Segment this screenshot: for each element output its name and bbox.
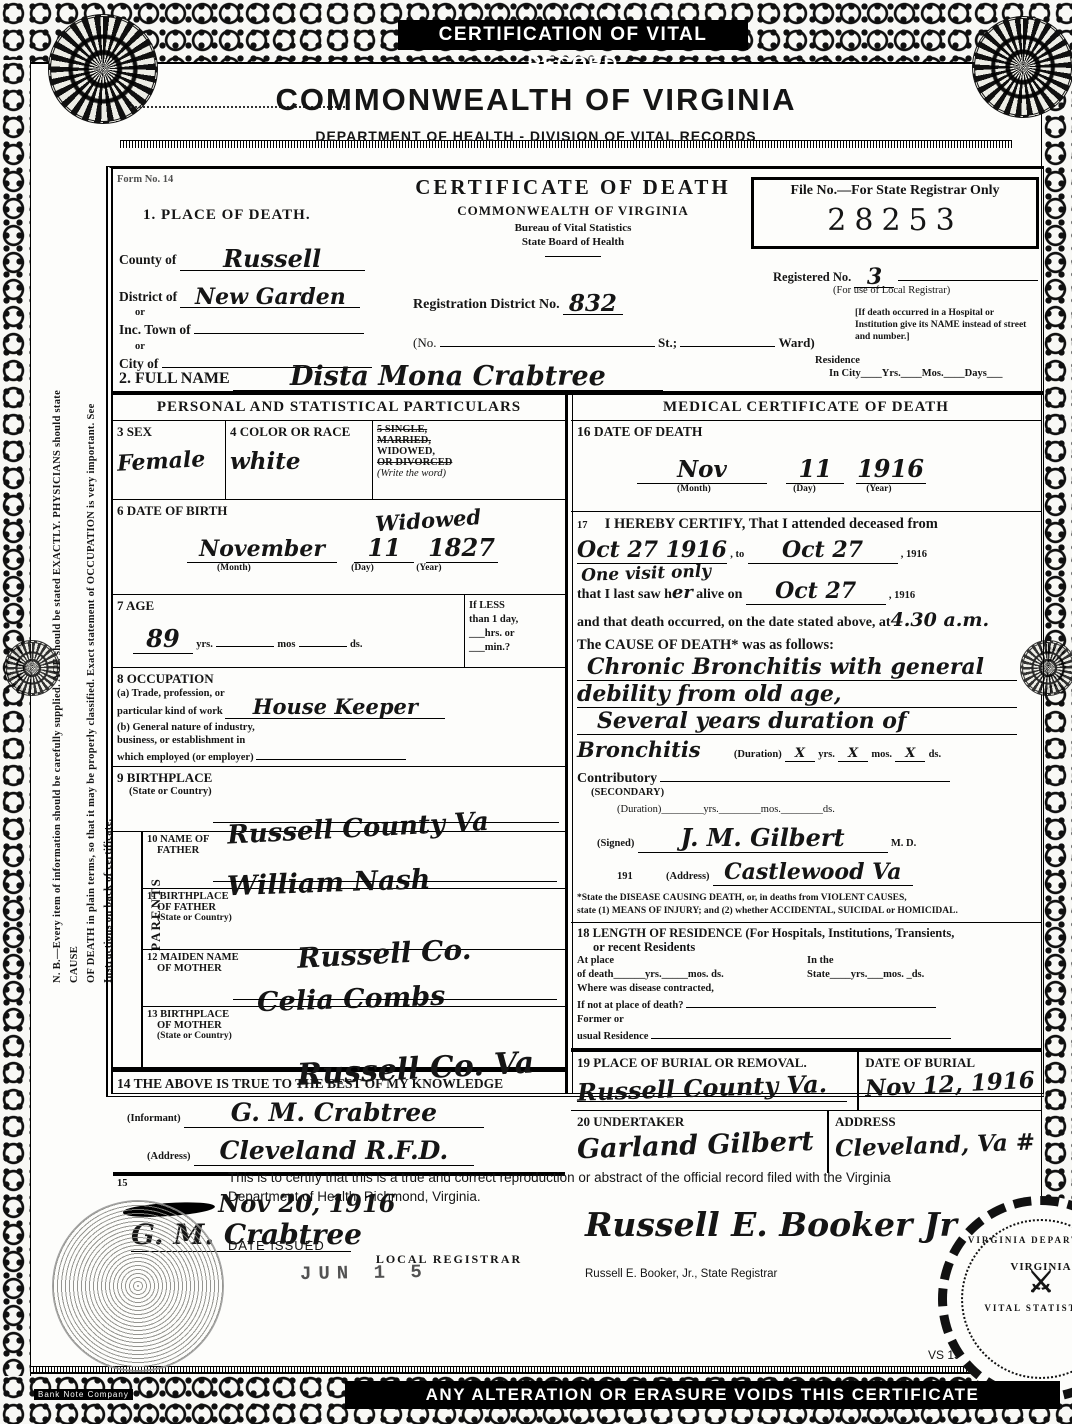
dod-day-sub: (Day) bbox=[793, 484, 816, 494]
mother-name-label1: 12 MAIDEN NAME bbox=[147, 952, 561, 963]
where-contracted-label1: Where was disease contracted, bbox=[577, 982, 1035, 996]
mother-bp-sub: (State or Country) bbox=[157, 1031, 561, 1041]
father-name-label1: 10 NAME OF bbox=[147, 834, 561, 845]
residence-label: Residence bbox=[815, 355, 860, 366]
duration-mos-value: X bbox=[848, 746, 858, 761]
age-label: 7 AGE bbox=[117, 598, 460, 614]
where-contracted-label2: If not at place of death? bbox=[577, 1000, 683, 1011]
registered-no-blank bbox=[898, 267, 1038, 281]
dob-label: 6 DATE OF BIRTH bbox=[117, 503, 561, 519]
personal-section-heading: PERSONAL AND STATISTICAL PARTICULARS bbox=[113, 395, 565, 421]
mother-bp-label2: OF MOTHER bbox=[157, 1020, 561, 1031]
year-sub: (Year) bbox=[416, 563, 441, 573]
father-name-label2: FATHER bbox=[157, 845, 561, 856]
residence-heading1: 18 LENGTH OF RESIDENCE (For Hospitals, I… bbox=[577, 926, 1035, 940]
no-label: (No. bbox=[413, 335, 436, 350]
last-saw-year: , 1916 bbox=[889, 590, 915, 601]
occupation-a-label2: particular kind of work bbox=[117, 706, 223, 717]
certificate-title: CERTIFICATE OF DEATH bbox=[403, 175, 743, 200]
certification-banner: CERTIFICATION OF VITAL RECORD bbox=[398, 20, 748, 50]
in-state-label1: In the bbox=[807, 954, 924, 968]
occupation-a-value: House Keeper bbox=[253, 694, 418, 719]
certify-number: 17 bbox=[577, 520, 588, 531]
physician-signature: J. M. Gilbert bbox=[681, 823, 845, 852]
residence-sub: In City____Yrs.____Mos.____Days___ bbox=[829, 368, 1003, 379]
age-ds-label: ds. bbox=[350, 639, 363, 650]
dod-month-sub: (Month) bbox=[677, 484, 711, 494]
to-label: , to bbox=[730, 549, 744, 560]
physician-address-label: (Address) bbox=[666, 871, 710, 882]
father-bp-sub: (State or Country) bbox=[157, 913, 561, 923]
undertaker-value: Garland Gilbert bbox=[577, 1126, 822, 1165]
informant-value: G. M. Crabtree bbox=[231, 1098, 437, 1127]
dod-day: 11 bbox=[799, 454, 832, 483]
file-number-value: 28253 bbox=[754, 203, 1036, 238]
burial-place-label: 19 PLACE OF BURIAL OR REMOVAL. bbox=[577, 1055, 851, 1071]
registration-district-value: 832 bbox=[569, 290, 617, 317]
certificate-form: Form No. 14 1. PLACE OF DEATH. County of… bbox=[106, 166, 1044, 1097]
marital-option-married: MARRIED, bbox=[377, 435, 561, 446]
sex-value: Female bbox=[116, 445, 221, 476]
father-name-line bbox=[213, 881, 557, 882]
bureau-label: Bureau of Vital Statistics bbox=[403, 222, 743, 234]
registered-no-label: Registered No. bbox=[773, 270, 851, 284]
county-value: Russell bbox=[223, 244, 321, 273]
ornate-border-right bbox=[1041, 60, 1072, 1376]
inc-town-label: Inc. Town of bbox=[119, 322, 191, 337]
attended-from-date: Oct 27 1916 bbox=[577, 537, 727, 563]
residence-heading2: or recent Residents bbox=[593, 940, 1035, 954]
true-statement-label: 14 THE ABOVE IS TRUE TO THE BEST OF MY K… bbox=[117, 1076, 561, 1092]
dob-month: November bbox=[199, 536, 325, 562]
ornate-border-left bbox=[0, 60, 31, 1376]
form-number: Form No. 14 bbox=[117, 174, 173, 185]
duration-yrs-label: yrs. bbox=[818, 749, 835, 760]
cause-footnote2: state (1) MEANS OF INJURY; and (2) wheth… bbox=[577, 905, 1035, 918]
signed-label: (Signed) bbox=[597, 838, 634, 849]
cause-footnote1: *State the DISEASE CAUSING DEATH, or, in… bbox=[577, 892, 1035, 905]
marital-option-widowed: WIDOWED, bbox=[377, 446, 561, 457]
last-saw-text1: that I last saw h bbox=[577, 587, 672, 602]
death-time: 4.30 a.m. bbox=[891, 609, 990, 631]
signed-year-prefix: 191 bbox=[617, 871, 633, 882]
marital-sub: (Write the word) bbox=[377, 468, 561, 479]
or-label: or bbox=[135, 341, 145, 352]
certify-text: I HEREBY CERTIFY, That I attended deceas… bbox=[605, 516, 938, 532]
former-residence-blank bbox=[651, 1027, 951, 1039]
where-contracted-blank bbox=[686, 996, 936, 1008]
occupation-b-label3: which employed (or employer) bbox=[117, 752, 254, 763]
full-name-value: Dista Mona Crabtree bbox=[290, 361, 606, 392]
in-state-label2: State____yrs.___mos. _ds. bbox=[807, 968, 924, 982]
district-label: District of bbox=[119, 289, 177, 304]
age-yrs-label: yrs. bbox=[196, 639, 213, 650]
occupation-a-label1: (a) Trade, profession, or bbox=[117, 688, 225, 699]
at-place-label1: At place bbox=[577, 954, 807, 968]
last-saw-text2: alive on bbox=[696, 587, 742, 602]
race-value: white bbox=[230, 448, 368, 475]
last-saw-date: Oct 27 bbox=[775, 578, 856, 604]
marital-option-divorced: OR DIVORCED bbox=[377, 457, 561, 468]
occupation-b-label1: (b) General nature of industry, bbox=[117, 722, 255, 733]
age-mos-label: mos bbox=[277, 639, 295, 650]
seal-figure-icon: ⚔ bbox=[963, 1273, 1072, 1293]
father-bp-label2: OF FATHER bbox=[157, 902, 561, 913]
undertaker-address-label: ADDRESS bbox=[835, 1114, 1035, 1130]
dod-year-sub: (Year) bbox=[866, 484, 891, 494]
ward-label: Ward) bbox=[779, 335, 815, 350]
cause-line2: debility from old age, bbox=[577, 681, 841, 707]
guilloche-line-bottom bbox=[30, 1366, 1042, 1374]
commonwealth-label: COMMONWEALTH OF VIRGINIA bbox=[403, 203, 743, 219]
seal-bottom-text: VITAL STATISTICS bbox=[963, 1303, 1072, 1313]
contributory-blank bbox=[660, 768, 950, 782]
age-ds-blank bbox=[299, 634, 347, 647]
death-certificate-page: CERTIFICATION OF VITAL RECORD COMMONWEAL… bbox=[0, 0, 1072, 1424]
age-value: 89 bbox=[146, 624, 179, 653]
seal-top-text: VIRGINIA DEPARTMENT bbox=[963, 1235, 1072, 1245]
street-no-blank bbox=[440, 333, 655, 347]
informant-address-label: (Address) bbox=[147, 1151, 191, 1162]
file-number-box: File No.—For State Registrar Only 28253 bbox=[751, 177, 1039, 249]
bank-note-company-mark: Bank Note Company bbox=[34, 1389, 133, 1400]
st-label: St.; bbox=[658, 335, 677, 350]
local-registrar-use-note: (For use of Local Registrar) bbox=[833, 285, 950, 296]
state-registrar-signature: Russell E. Booker Jr bbox=[585, 1205, 957, 1244]
informant-label: (Informant) bbox=[127, 1113, 181, 1124]
contributory-duration: (Duration)________yrs.________mos.______… bbox=[617, 804, 1035, 815]
burial-place-line bbox=[577, 1101, 847, 1102]
guilloche-medallion bbox=[52, 1200, 224, 1372]
informant-address-value: Cleveland R.F.D. bbox=[219, 1136, 448, 1165]
full-name-label: 2. FULL NAME bbox=[119, 370, 230, 387]
reproduction-certification-text: This is to certify that this is a true a… bbox=[228, 1168, 918, 1206]
page-subtitle: DEPARTMENT OF HEALTH - DIVISION OF VITAL… bbox=[0, 128, 1072, 144]
dod-year: 1916 bbox=[857, 454, 924, 483]
ifless-line4: ___min.? bbox=[469, 641, 561, 655]
mother-name-label2: OF MOTHER bbox=[157, 963, 561, 974]
contributory-label: Contributory bbox=[577, 771, 657, 786]
ifless-line1: If LESS bbox=[469, 599, 561, 613]
duration-mos-label: mos. bbox=[871, 749, 892, 760]
parents-section: PARENTS 10 NAME OF FATHER William Nash 1… bbox=[141, 832, 565, 1067]
cause-line1: Chronic Bronchitis with general bbox=[587, 654, 984, 680]
dod-label: 16 DATE OF DEATH bbox=[577, 424, 1035, 440]
inc-town-blank bbox=[194, 319, 364, 334]
birthplace-sub: (State or Country) bbox=[129, 786, 561, 797]
occupation-label: 8 OCCUPATION bbox=[117, 671, 561, 687]
ifless-line3: ___hrs. or bbox=[469, 627, 561, 641]
hospital-note: [If death occurred in a Hospital or Inst… bbox=[855, 307, 1033, 343]
registration-district-label: Registration District No. bbox=[413, 297, 560, 312]
mother-bp-label1: 13 BIRTHPLACE bbox=[147, 1009, 561, 1020]
at-place-label2: of death______yrs._____mos. ds. bbox=[577, 968, 807, 982]
former-residence-label1: Former or bbox=[577, 1013, 1035, 1027]
duration-label: (Duration) bbox=[734, 749, 782, 760]
occupation-b-label2: business, or establishment in bbox=[117, 735, 245, 746]
md-label: M. D. bbox=[891, 838, 916, 849]
dod-month: Nov bbox=[677, 456, 727, 483]
vital-statistics-seal-inner: VIRGINIA DEPARTMENT VIRGINIA ⚔ VITAL STA… bbox=[961, 1219, 1072, 1379]
sex-label: 3 SEX bbox=[117, 424, 221, 440]
physician-address-value: Castlewood Va bbox=[724, 859, 901, 885]
place-of-death-heading: 1. PLACE OF DEATH. bbox=[143, 207, 311, 224]
death-occurred-text: and that death occurred, on the date sta… bbox=[577, 615, 891, 630]
district-value: New Garden bbox=[195, 284, 346, 310]
secondary-label: (SECONDARY) bbox=[591, 787, 1035, 798]
cause-line3: Several years duration of bbox=[597, 708, 906, 734]
occupation-b-blank bbox=[256, 747, 406, 760]
seal-middle-text: VIRGINIA bbox=[963, 1261, 1072, 1273]
duration-ds-value: X bbox=[905, 746, 915, 761]
ifless-line2: than 1 day, bbox=[469, 613, 561, 627]
file-number-label: File No.—For State Registrar Only bbox=[754, 183, 1036, 199]
alteration-warning-banner: ANY ALTERATION OR ERASURE VOIDS THIS CER… bbox=[345, 1381, 1060, 1409]
margin-instructions: N. B.—Every item of information should b… bbox=[49, 353, 85, 983]
or-label: or bbox=[135, 307, 145, 318]
burial-date-value: Nov 12, 1916 bbox=[865, 1067, 1036, 1103]
race-label: 4 COLOR OR RACE bbox=[230, 424, 368, 440]
dob-day: 11 bbox=[368, 533, 401, 562]
head-divider bbox=[545, 256, 601, 257]
marital-option-single: 5 SINGLE, bbox=[377, 424, 561, 435]
county-label: County of bbox=[119, 252, 176, 267]
duration-yrs-value: X bbox=[795, 746, 805, 761]
mother-name-line bbox=[233, 999, 557, 1000]
day-sub: (Day) bbox=[351, 563, 374, 573]
margin-instructions-line1: N. B.—Every item of information should b… bbox=[49, 353, 83, 983]
page-title: COMMONWEALTH OF VIRGINIA bbox=[0, 82, 1072, 118]
birthplace-label: 9 BIRTHPLACE bbox=[117, 770, 561, 786]
cause-heading: The CAUSE OF DEATH* was as follows: bbox=[577, 637, 1035, 654]
father-bp-label1: 11 BIRTHPLACE bbox=[147, 891, 561, 902]
date-issued-stamp: JUN 1 5 bbox=[300, 1261, 429, 1285]
cause-line4: Bronchitis bbox=[577, 737, 701, 762]
undertaker-address-value: Cleveland, Va # bbox=[835, 1129, 1036, 1163]
former-residence-label2: usual Residence bbox=[577, 1031, 648, 1042]
age-mos-blank bbox=[216, 634, 274, 647]
board-label: State Board of Health bbox=[403, 236, 743, 248]
duration-ds-label: ds. bbox=[929, 749, 942, 760]
birthplace-line bbox=[213, 822, 559, 823]
last-saw-er: er bbox=[672, 582, 693, 603]
date-issued-label: DATE ISSUED bbox=[228, 1238, 325, 1253]
medical-section-heading: MEDICAL CERTIFICATE OF DEATH bbox=[571, 395, 1041, 421]
state-registrar-name: Russell E. Booker, Jr., State Registrar bbox=[585, 1268, 777, 1280]
month-sub: (Month) bbox=[217, 563, 251, 573]
street-blank bbox=[680, 333, 775, 347]
dob-year: 1827 bbox=[428, 533, 495, 562]
